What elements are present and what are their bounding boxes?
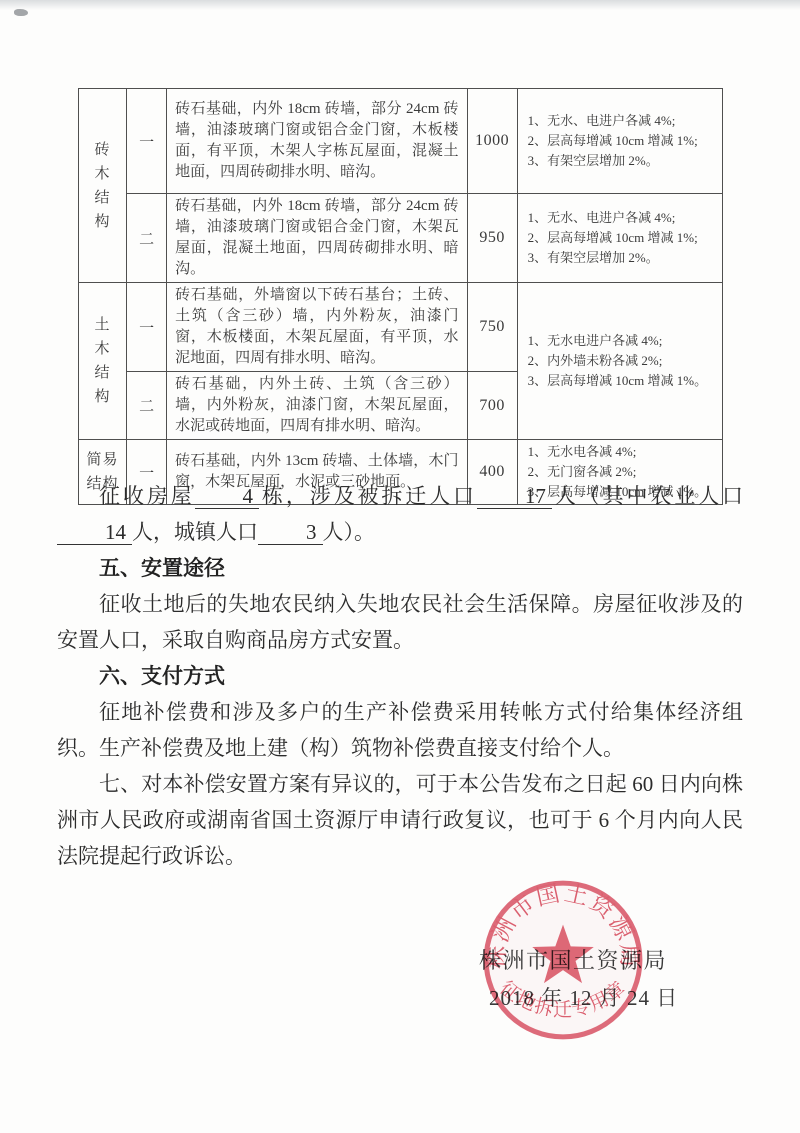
value-cell: 950 xyxy=(467,194,517,283)
paragraph-housing-stats: 征收房屋4栋，涉及被拆迁人口17人（其中农业人口14人，城镇人口3人）。 xyxy=(57,478,743,550)
paragraph-appeal: 七、对本补偿安置方案有异议的，可于本公告发布之日起 60 日内向株洲市人民政府或… xyxy=(57,766,743,874)
grade-cell: 二 xyxy=(127,372,167,440)
table-row: 二 砖石基础，内外 18cm 砖墙，部分 24cm 砖墙，油漆玻璃门窗或铝合金门… xyxy=(79,194,723,283)
value-cell: 700 xyxy=(467,372,517,440)
document-body: 征收房屋4栋，涉及被拆迁人口17人（其中农业人口14人，城镇人口3人）。 五、安… xyxy=(57,478,743,874)
text-segment: 人（其中农业人口 xyxy=(552,484,743,508)
text-segment: 人）。 xyxy=(323,520,376,544)
underlined-number: 17 xyxy=(477,484,552,509)
scan-edge-artifact xyxy=(0,0,800,10)
underlined-number: 4 xyxy=(195,484,260,509)
scan-smudge-mark xyxy=(14,9,28,16)
underlined-number: 14 xyxy=(57,520,132,545)
value-cell: 1000 xyxy=(467,89,517,194)
notes-cell: 1、无水电进户各减 4%; 2、内外墙未粉各减 2%; 3、层高每增减 10cm… xyxy=(517,283,722,440)
description-cell: 砖石基础，内外 18cm 砖墙，部分 24cm 砖墙，油漆玻璃门窗或铝合金门窗，… xyxy=(167,194,467,283)
text-segment: 栋，涉及被拆迁人口 xyxy=(259,484,477,508)
description-cell: 砖石基础，内外土砖、土筑（含三砂）墙，内外粉灰，油漆门窗，木架瓦屋面，水泥或砖地… xyxy=(167,372,467,440)
text-segment: 人，城镇人口 xyxy=(132,520,258,544)
compensation-standards-table: 砖 木 结 构 一 砖石基础，内外 18cm 砖墙，部分 24cm 砖墙，油漆玻… xyxy=(78,88,723,505)
notes-cell: 1、无水、电进户各减 4%; 2、层高每增减 10cm 增减 1%; 3、有架空… xyxy=(517,89,722,194)
structure-type-label: 土 木 结 构 xyxy=(79,283,127,440)
grade-cell: 一 xyxy=(127,89,167,194)
paragraph-resettlement: 征收土地后的失地农民纳入失地农民社会生活保障。房屋征收涉及的安置人口，采取自购商… xyxy=(57,586,743,658)
official-red-seal: 株洲市国土资源局 征地拆迁专用章 xyxy=(477,874,649,1046)
grade-cell: 一 xyxy=(127,283,167,372)
notes-cell: 1、无水、电进户各减 4%; 2、层高每增减 10cm 增减 1%; 3、有架空… xyxy=(517,194,722,283)
text-segment: 征收房屋 xyxy=(99,484,195,508)
underlined-number: 3 xyxy=(258,520,323,545)
table-row: 土 木 结 构 一 砖石基础，外墙窗以下砖石基台；土砖、土筑（含三砂）墙，内外粉… xyxy=(79,283,723,372)
structure-type-label: 砖 木 结 构 xyxy=(79,89,127,283)
section-heading-5: 五、安置途径 xyxy=(57,550,743,586)
description-cell: 砖石基础，内外 18cm 砖墙，部分 24cm 砖墙，油漆玻璃门窗或铝合金门窗，… xyxy=(167,89,467,194)
section-heading-6: 六、支付方式 xyxy=(57,658,743,694)
scanned-document-page: { "table": { "group1_label": "砖\n木\n结\n构… xyxy=(0,0,800,1133)
table-row: 砖 木 结 构 一 砖石基础，内外 18cm 砖墙，部分 24cm 砖墙，油漆玻… xyxy=(79,89,723,194)
description-cell: 砖石基础，外墙窗以下砖石基台；土砖、土筑（含三砂）墙，内外粉灰，油漆门窗，木板楼… xyxy=(167,283,467,372)
paragraph-payment: 征地补偿费和涉及多户的生产补偿费采用转帐方式付给集体经济组织。生产补偿费及地上建… xyxy=(57,694,743,766)
value-cell: 750 xyxy=(467,283,517,372)
grade-cell: 二 xyxy=(127,194,167,283)
